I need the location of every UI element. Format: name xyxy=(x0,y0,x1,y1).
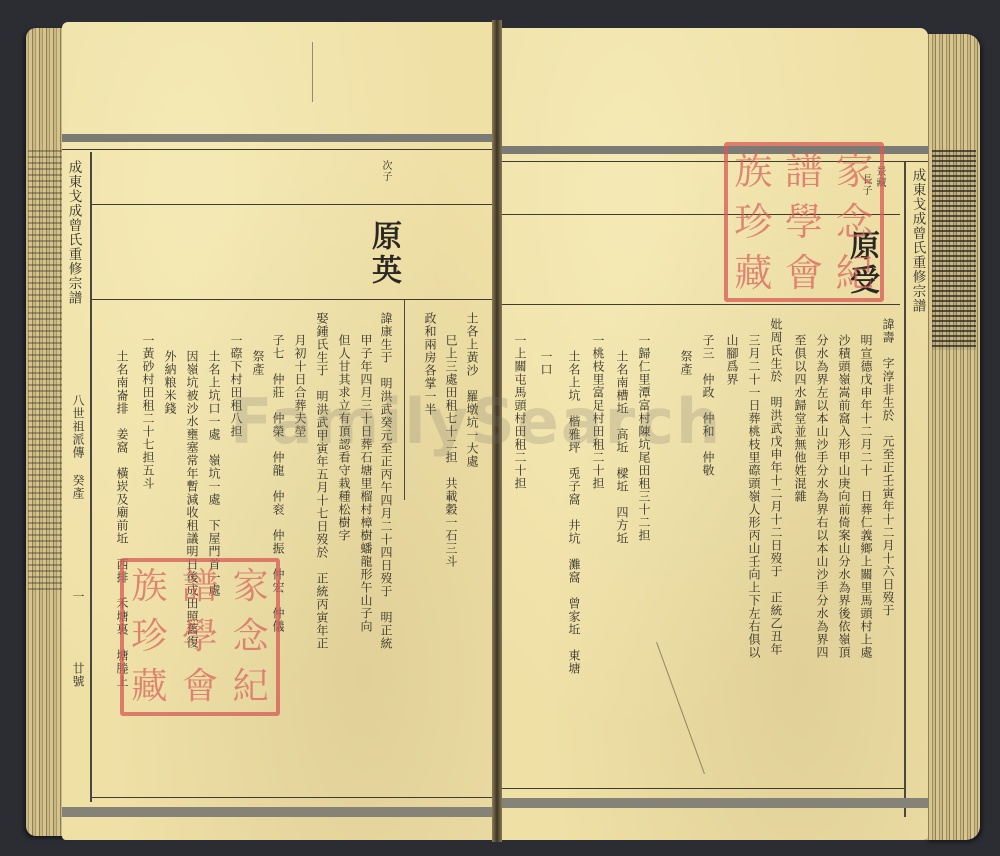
seal-char: 族 xyxy=(124,569,175,605)
seal-char: 藏 xyxy=(124,669,175,705)
red-collector-seal-bottom: 家 念 紀 譜 學 會 族 珍 藏 xyxy=(120,558,280,716)
margin-vertical-rule xyxy=(904,162,906,817)
header-divider xyxy=(92,204,494,205)
paper-crease xyxy=(312,42,313,102)
margin-section: 癸產 xyxy=(72,474,84,500)
seal-char: 珍 xyxy=(124,619,175,655)
seal-char: 譜 xyxy=(779,152,830,190)
text-column: 妣周氏生於 明洪武戊申年十二月十二日歿于 正統乙丑年 xyxy=(770,318,782,656)
text-column: 至俱以四水歸堂並無他姓混雜 xyxy=(794,334,806,503)
seal-char: 紀 xyxy=(829,254,880,292)
bottom-line xyxy=(92,797,494,798)
margin-page-number: 一 xyxy=(72,590,84,603)
seal-char: 藏 xyxy=(728,254,779,292)
seal-char: 念 xyxy=(225,619,276,655)
body-divider xyxy=(92,299,494,300)
familysearch-watermark: FamilySearch xyxy=(230,385,722,458)
open-genealogy-book: 成東戈成曾氏重修宗譜 八世祖派傳 癸產 一 廿號 次子 原英 土各上黃沙 羅墩坑… xyxy=(0,0,1000,856)
seal-char: 學 xyxy=(175,619,226,655)
margin-subtitle: 八世祖派傳 xyxy=(72,394,84,459)
text-column: 娶鍾氏生于 明洪武甲寅年五月十七日歿於 正統丙寅年正 xyxy=(316,312,328,650)
margin-page-count: 廿號 xyxy=(72,662,84,688)
text-column: 諱康生于 明洪武癸元至正丙午四月二十四日歿于 明正統 xyxy=(380,312,392,650)
header-line xyxy=(62,149,494,150)
seal-char: 會 xyxy=(779,254,830,292)
text-column: 一黃砂村田租二十七担五斗 xyxy=(142,334,154,490)
bottom-frame-border xyxy=(500,798,928,808)
text-column: 一口 xyxy=(540,350,552,376)
seal-char: 族 xyxy=(728,152,779,190)
text-column: 明宣德戊申年十二月二十 日葬仁義鄉上關里馬頭村上處 xyxy=(860,334,872,659)
text-column: 祭產 xyxy=(252,350,264,376)
seal-char: 念 xyxy=(829,203,880,241)
header-relation: 次子 xyxy=(380,160,390,182)
margin-title: 成東戈成曾氏重修宗譜 xyxy=(910,168,924,313)
seal-char: 學 xyxy=(779,203,830,241)
seal-char: 家 xyxy=(225,569,276,605)
person-name: 原英 xyxy=(368,220,398,288)
bottom-frame-border xyxy=(62,807,494,817)
top-frame-border xyxy=(62,134,494,142)
margin-vertical-rule xyxy=(90,152,92,802)
text-column: 山腳爲界 xyxy=(726,334,738,386)
left-edge-ink-marks xyxy=(28,150,64,590)
bottom-line xyxy=(500,788,904,789)
seal-char: 紀 xyxy=(225,669,276,705)
seal-char: 家 xyxy=(829,152,880,190)
text-column: 祭產 xyxy=(680,350,692,376)
text-column: 三月二十一日葬桃枝里磜頭嶺人形丙山壬向上下左右俱以 xyxy=(748,334,760,659)
text-column: 沙積頭嶺嵩前窩入形甲山庚向前倚案山分水為界後依嶺頂 xyxy=(838,334,850,659)
text-column: 外納粮米錢 xyxy=(164,350,176,415)
paper-crease xyxy=(656,642,705,774)
text-column: 甲子年四月三十日葬石塘里榴村樟樹蟠龍形午山子向 xyxy=(360,334,372,633)
body-divider xyxy=(500,304,900,305)
right-edge-ink-marks xyxy=(932,150,976,350)
seal-char: 譜 xyxy=(175,569,226,605)
red-collector-seal-top: 家 念 紀 譜 學 會 族 珍 藏 xyxy=(724,142,884,302)
text-column: 諱壽 字淳非生於 元至正壬寅年十二月十六日歿于 xyxy=(882,318,894,617)
margin-title: 成東戈成曾氏重修宗譜 xyxy=(66,160,80,305)
seal-char: 珍 xyxy=(728,203,779,241)
seal-char: 會 xyxy=(175,669,226,705)
text-column: 分水為界左以本山沙手分水為界右以本山沙手分水為界四 xyxy=(816,334,828,659)
